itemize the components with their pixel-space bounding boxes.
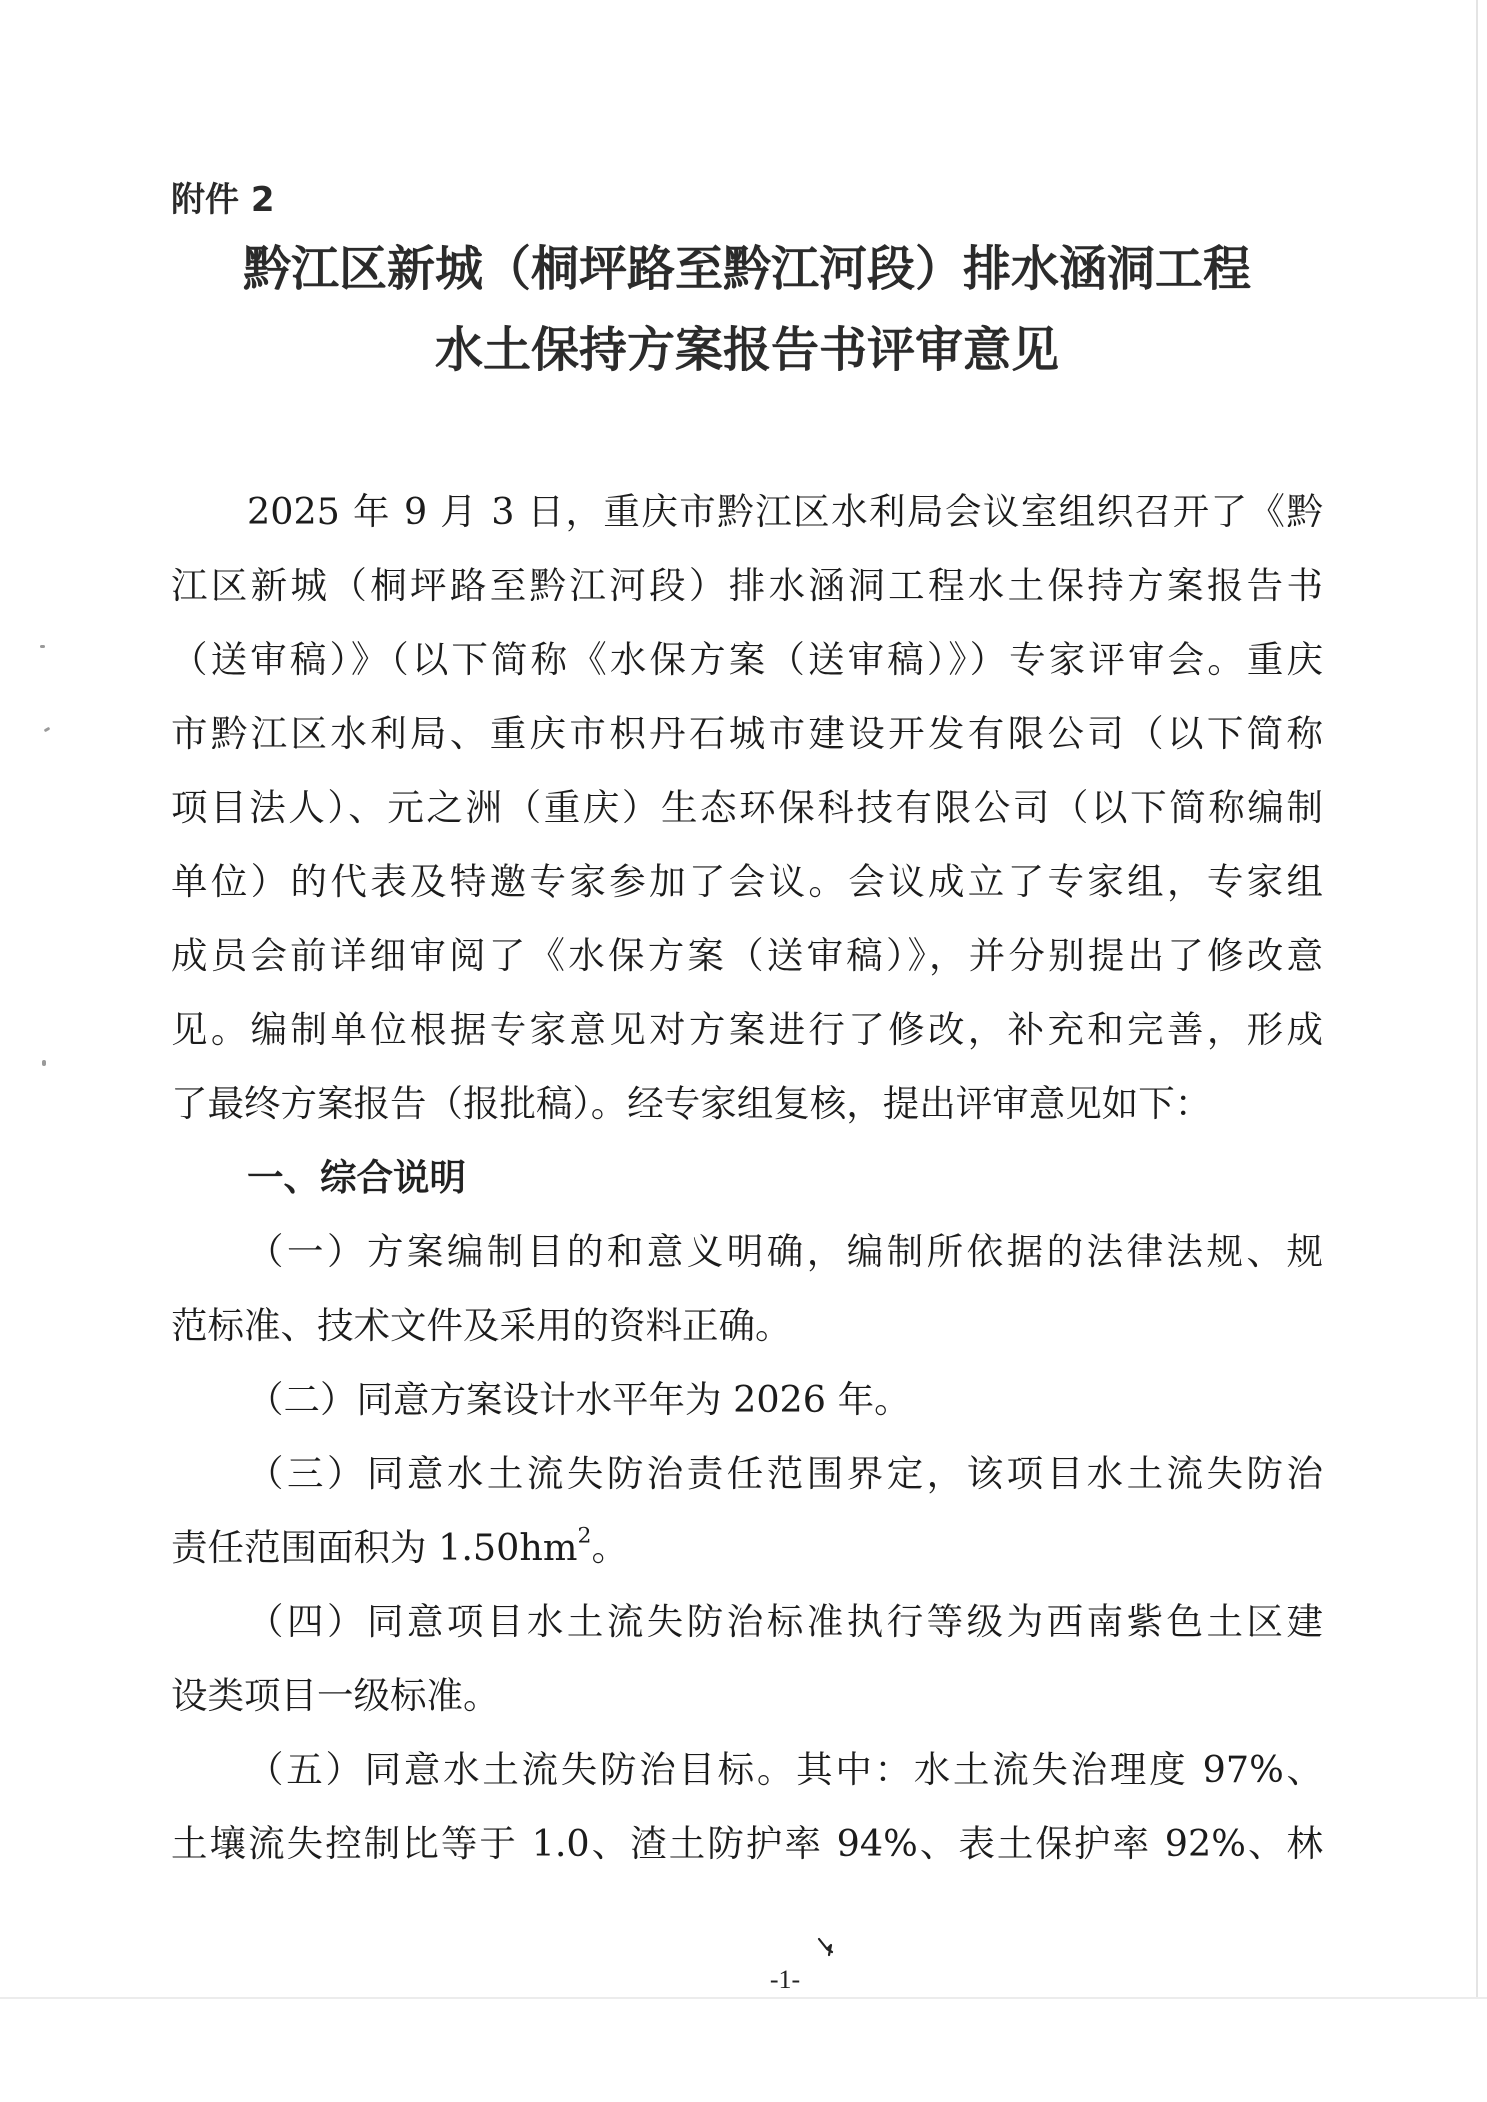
body-line: 江区新城（桐坪路至黔江河段）排水涵洞工程水土保持方案报告书: [171, 548, 1323, 623]
page-edge-right: [1476, 0, 1478, 1998]
body-line: 见。编制单位根据专家意见对方案进行了修改，补充和完善，形成: [171, 992, 1323, 1067]
body-line: 成员会前详细审阅了《水保方案（送审稿）》，并分别提出了修改意: [171, 918, 1323, 993]
body-line: 2025 年 9 月 3 日，重庆市黔江区水利局会议室组织召开了《黔: [247, 474, 1323, 549]
body-line: 责任范围面积为 1.50hm2。: [171, 1510, 1323, 1585]
body-line-tail: 。: [591, 1526, 628, 1569]
body-line: 土壤流失控制比等于 1.0、渣土防护率 94%、表土保护率 92%、林: [171, 1806, 1323, 1881]
body-line: 单位）的代表及特邀专家参加了会议。会议成立了专家组，专家组: [171, 844, 1323, 919]
scan-speck: [40, 645, 45, 648]
document-title-line-1: 黔江区新城（桐坪路至黔江河段）排水涵洞工程: [171, 239, 1323, 299]
body-line: （三）同意水土流失防治责任范围界定，该项目水土流失防治: [247, 1436, 1323, 1511]
section-heading: 一、综合说明: [247, 1140, 1323, 1215]
page-number: -1-: [735, 1962, 835, 1998]
superscript: 2: [578, 1523, 592, 1548]
scan-speck: [44, 727, 51, 733]
body-line: （五）同意水土流失防治目标。其中：水土流失治理度 97%、: [247, 1732, 1323, 1807]
body-line: 了最终方案报告（报批稿）。经专家组复核，提出评审意见如下：: [171, 1066, 1323, 1141]
scan-speck: [42, 1060, 46, 1066]
body-line: 市黔江区水利局、重庆市枳丹石城市建设开发有限公司（以下简称: [171, 696, 1323, 771]
handwritten-mark-icon: [816, 1935, 840, 1959]
body-line: （一）方案编制目的和意义明确，编制所依据的法律法规、规: [247, 1214, 1323, 1289]
annex-label: 附件 2: [171, 178, 275, 222]
body-line: 范标准、技术文件及采用的资料正确。: [171, 1288, 1323, 1363]
body-line: （二）同意方案设计水平年为 2026 年。: [247, 1362, 1323, 1437]
document-title-line-2: 水土保持方案报告书评审意见: [171, 320, 1323, 380]
document-page: 附件 2 黔江区新城（桐坪路至黔江河段）排水涵洞工程 水土保持方案报告书评审意见…: [0, 0, 1487, 1998]
body-line: 设类项目一级标准。: [171, 1658, 1323, 1733]
body-line: （四）同意项目水土流失防治标准执行等级为西南紫色土区建: [247, 1584, 1323, 1659]
body-line: （送审稿）》（以下简称《水保方案（送审稿）》）专家评审会。重庆: [171, 622, 1323, 697]
body-line: 项目法人）、元之洲（重庆）生态环保科技有限公司（以下简称编制: [171, 770, 1323, 845]
body-line-text: 责任范围面积为 1.50hm: [171, 1526, 578, 1569]
